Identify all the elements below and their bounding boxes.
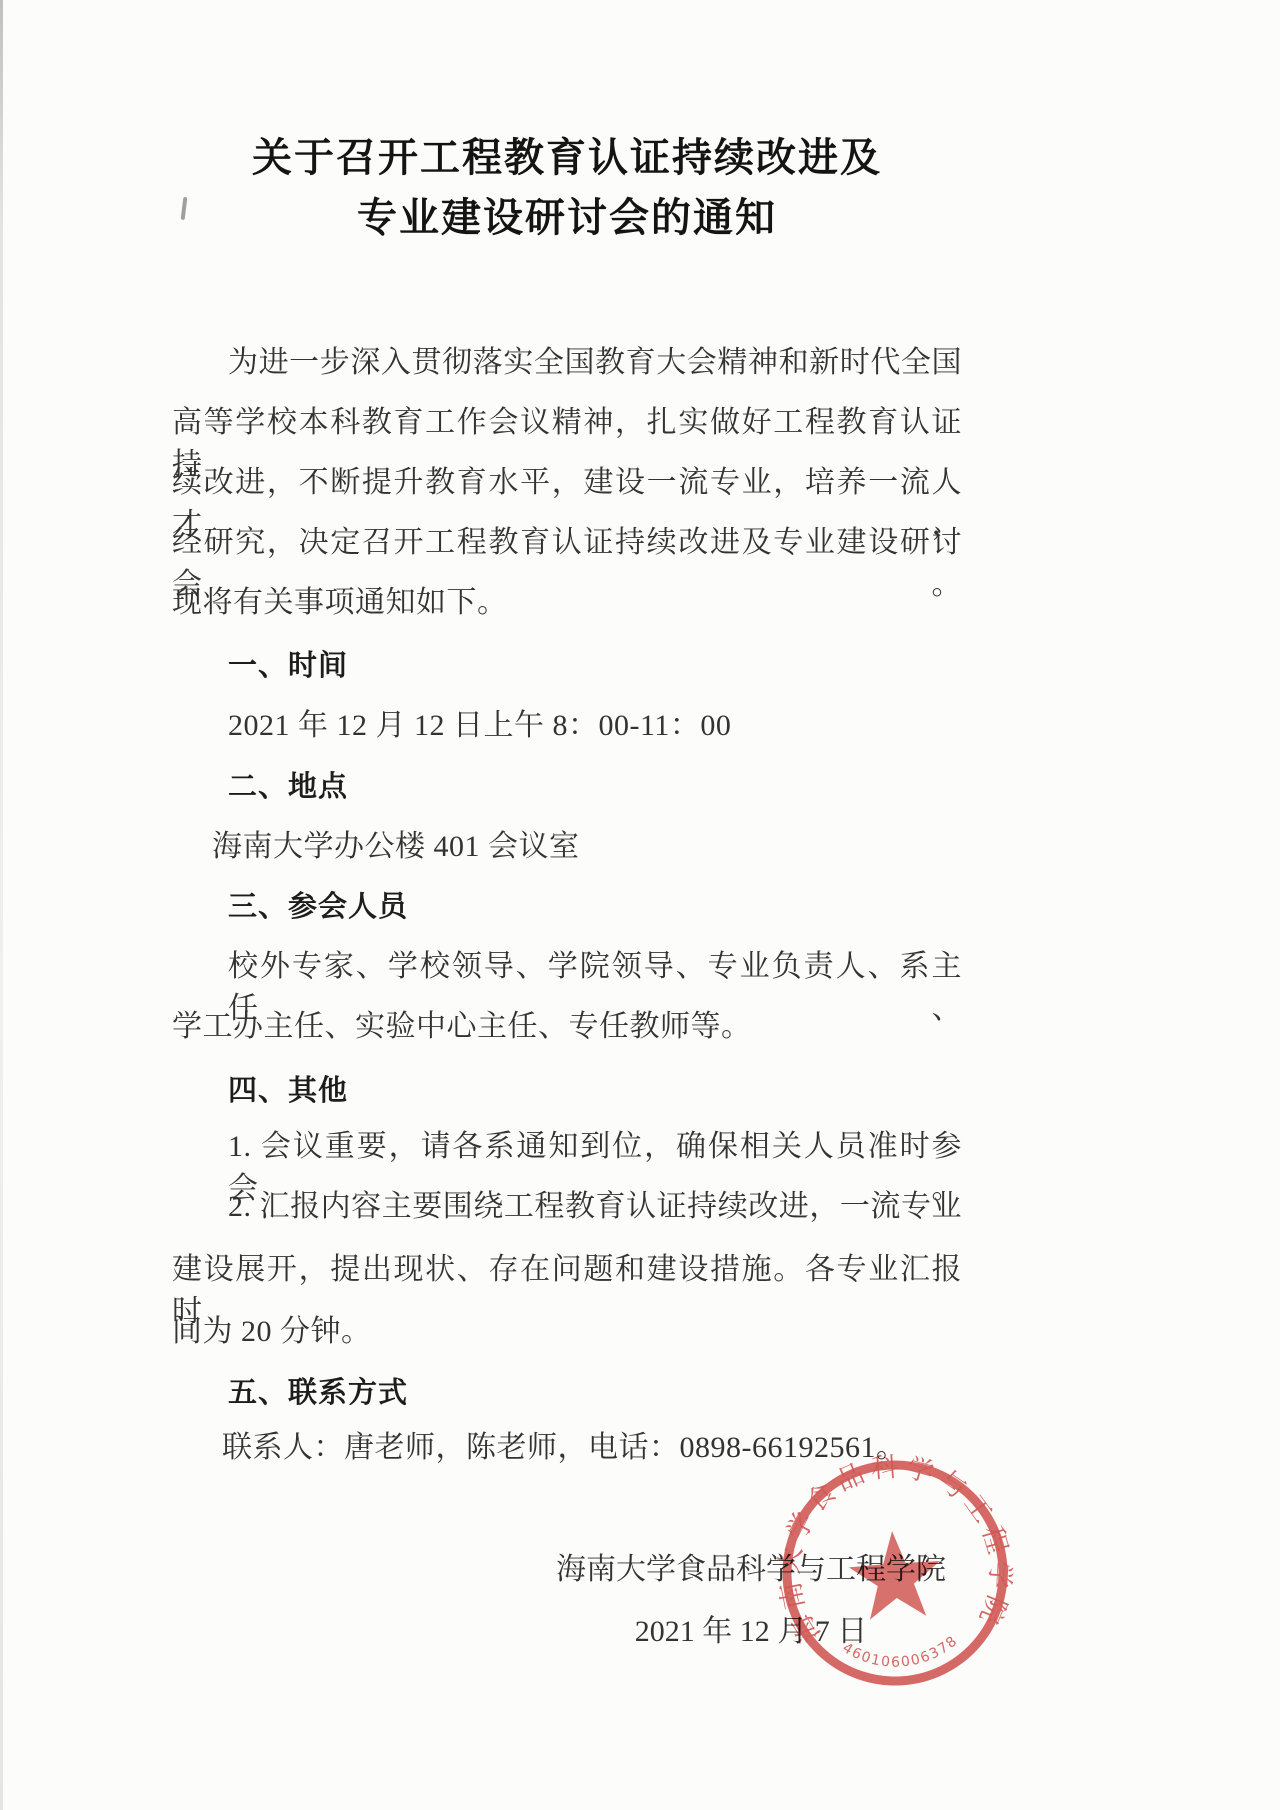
section-heading-location: 二、地点 — [172, 765, 962, 807]
other-item-2-line-1: 2. 汇报内容主要围绕工程教育认证持续改进，一流专业 — [172, 1186, 962, 1228]
intro-line-3: 续改进，不断提升教育水平，建设一流专业，培养一流人才， — [172, 462, 962, 504]
intro-line-2: 高等学校本科教育工作会议精神，扎实做好工程教育认证持 — [172, 402, 962, 444]
intro-line-5: 现将有关事项通知如下。 — [172, 582, 962, 624]
intro-line-4: 经研究，决定召开工程教育认证持续改进及专业建设研讨会。 — [172, 522, 962, 564]
other-item-2-line-2: 建设展开，提出现状、存在问题和建设措施。各专业汇报时 — [172, 1249, 962, 1291]
participants-line-2: 学工办主任、实验中心主任、专任教师等。 — [172, 1006, 962, 1048]
scan-edge-shadow — [0, 0, 3, 1810]
star-icon — [846, 1528, 943, 1621]
notice-document: 关于召开工程教育认证持续改进及 专业建设研讨会的通知 为进一步深入贯彻落实全国教… — [0, 0, 1280, 1810]
official-seal: 海南大学食品科学与工程学院 4601060063784 — [756, 1434, 1034, 1712]
doc-title-line-2: 专业建设研讨会的通知 — [172, 188, 962, 248]
other-item-2-line-3: 间为 20 分钟。 — [172, 1311, 962, 1353]
section-value-time: 2021 年 12 月 12 日上午 8：00-11：00 — [172, 705, 962, 747]
section-heading-time: 一、时间 — [172, 644, 962, 686]
other-item-1: 1. 会议重要，请各系通知到位，确保相关人员准时参会。 — [172, 1126, 962, 1168]
section-heading-participants: 三、参会人员 — [172, 885, 962, 927]
section-heading-other: 四、其他 — [172, 1069, 962, 1111]
doc-title-line-1: 关于召开工程教育认证持续改进及 — [172, 128, 962, 188]
intro-line-1: 为进一步深入贯彻落实全国教育大会精神和新时代全国 — [172, 342, 962, 384]
section-value-location: 海南大学办公楼 401 会议室 — [172, 826, 962, 868]
participants-line-1: 校外专家、学校领导、学院领导、专业负责人、系主任、 — [172, 946, 962, 988]
section-heading-contact: 五、联系方式 — [172, 1371, 962, 1413]
